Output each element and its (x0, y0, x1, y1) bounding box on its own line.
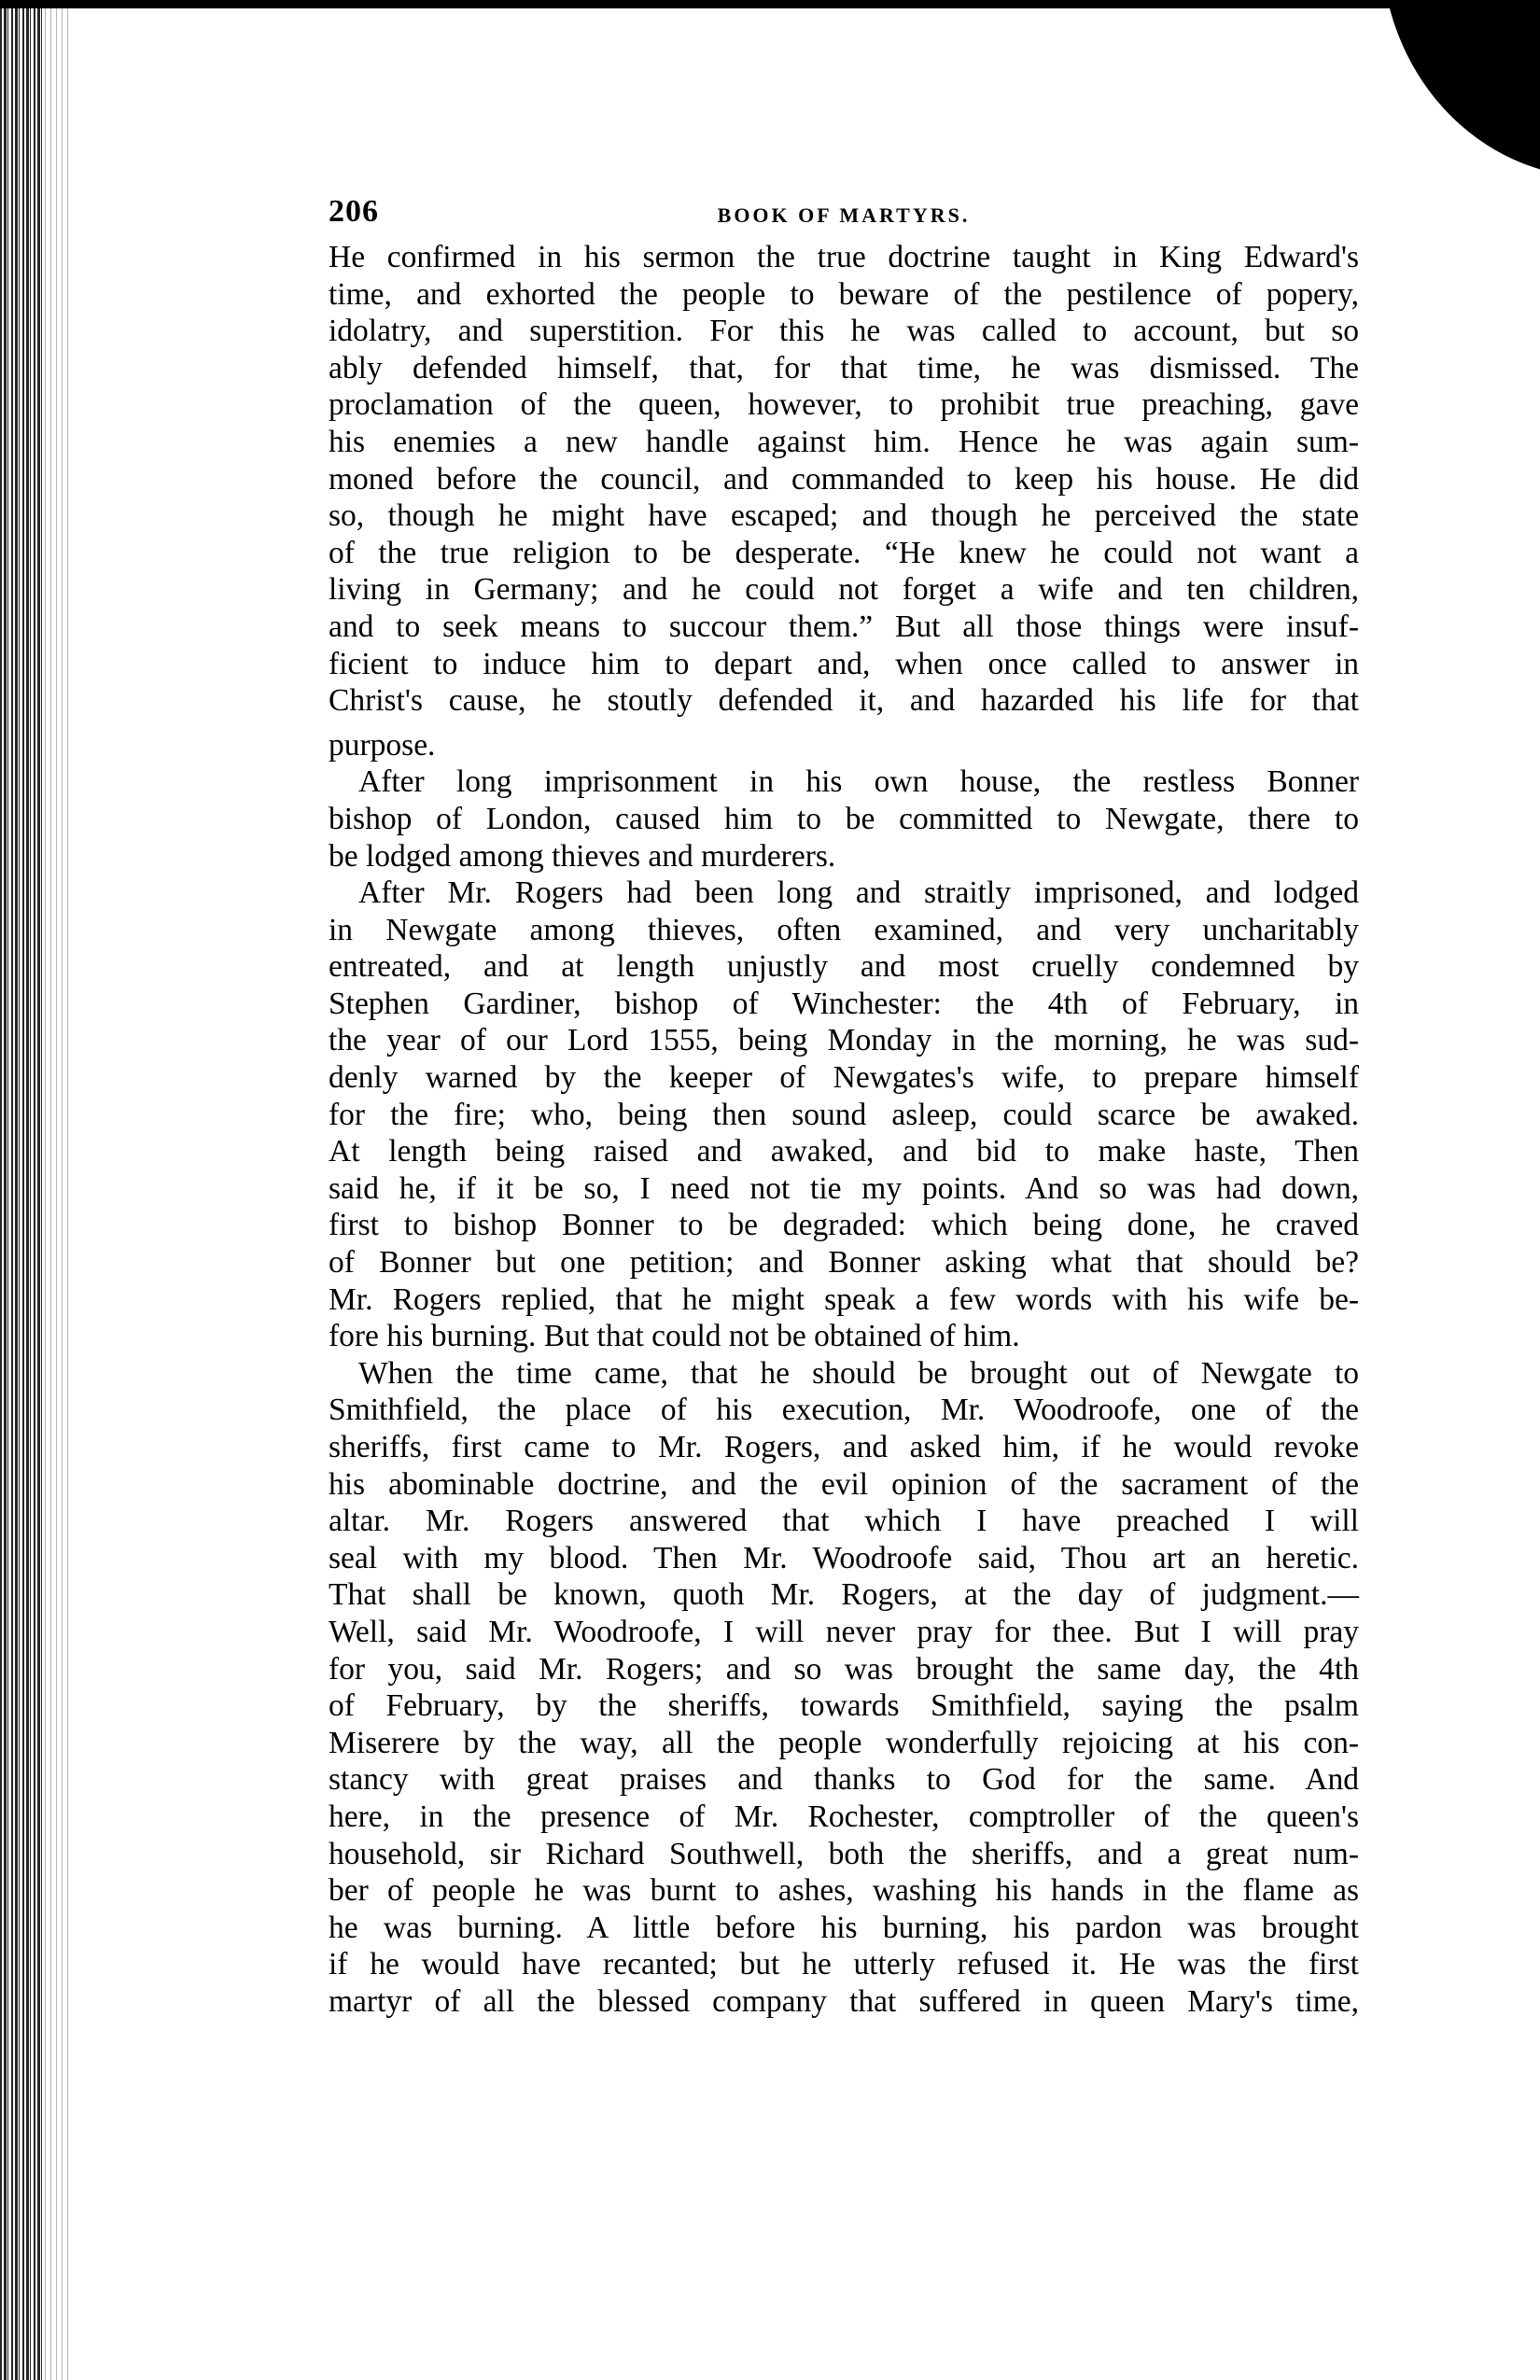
body-text: He confirmed in his sermon the true doct… (329, 239, 1359, 2021)
text-line: seal with my blood. Then Mr. Woodroofe s… (329, 1540, 1359, 1577)
text-line: said he, if it be so, I need not tie my … (329, 1170, 1359, 1208)
paragraph: After Mr. Rogers had been long and strai… (329, 875, 1359, 1355)
text-line: for the fire; who, being then sound asle… (329, 1097, 1359, 1134)
text-line: stancy with great praises and thanks to … (329, 1761, 1359, 1799)
book-page: 206 BOOK OF MARTYRS. He confirmed in his… (329, 194, 1359, 2021)
text-line: Christ's cause, he stoutly defended it, … (329, 682, 1359, 720)
text-line: fore his burning. But that could not be … (329, 1318, 1359, 1355)
paragraph: When the time came, that he should be br… (329, 1355, 1359, 2021)
text-line: and to seek means to succour them.” But … (329, 609, 1359, 646)
running-head: 206 BOOK OF MARTYRS. (329, 194, 1359, 239)
text-line: martyr of all the blessed company that s… (329, 1983, 1359, 2021)
text-line: of February, by the sheriffs, towards Sm… (329, 1687, 1359, 1725)
text-line: idolatry, and superstition. For this he … (329, 313, 1359, 350)
text-line: At length being raised and awaked, and b… (329, 1133, 1359, 1170)
text-line: here, in the presence of Mr. Rochester, … (329, 1799, 1359, 1836)
text-line: Smithfield, the place of his execution, … (329, 1392, 1359, 1429)
text-line: sheriffs, first came to Mr. Rogers, and … (329, 1429, 1359, 1466)
paragraph: He confirmed in his sermon the true doct… (329, 239, 1359, 763)
text-line: in Newgate among thieves, often examined… (329, 912, 1359, 949)
text-line: so, though he might have escaped; and th… (329, 497, 1359, 535)
text-line: time, and exhorted the people to beware … (329, 276, 1359, 314)
text-line: be lodged among thieves and murderers. (329, 838, 1359, 875)
text-line: first to bishop Bonner to be degraded: w… (329, 1207, 1359, 1244)
text-line: bishop of London, caused him to be commi… (329, 801, 1359, 838)
text-line: of Bonner but one petition; and Bonner a… (329, 1244, 1359, 1281)
text-line: moned before the council, and commanded … (329, 461, 1359, 498)
text-line: After long imprisonment in his own house… (329, 763, 1359, 801)
paragraph: After long imprisonment in his own house… (329, 763, 1359, 875)
text-line: he was burning. A little before his burn… (329, 1910, 1359, 1947)
text-line: Well, said Mr. Woodroofe, I will never p… (329, 1614, 1359, 1651)
text-line: ably defended himself, that, for that ti… (329, 350, 1359, 387)
text-line: if he would have recanted; but he utterl… (329, 1946, 1359, 1983)
text-line: living in Germany; and he could not forg… (329, 571, 1359, 609)
text-line: his enemies a new handle against him. He… (329, 424, 1359, 461)
text-line: Mr. Rogers replied, that he might speak … (329, 1281, 1359, 1319)
text-line: the year of our Lord 1555, being Monday … (329, 1022, 1359, 1059)
text-line: When the time came, that he should be br… (329, 1355, 1359, 1393)
text-line: entreated, and at length unjustly and mo… (329, 948, 1359, 986)
text-line: denly warned by the keeper of Newgates's… (329, 1059, 1359, 1097)
text-line: household, sir Richard Southwell, both t… (329, 1836, 1359, 1873)
text-line: altar. Mr. Rogers answered that which I … (329, 1503, 1359, 1540)
text-line: for you, said Mr. Rogers; and so was bro… (329, 1651, 1359, 1688)
scan-top-edge (0, 0, 1540, 8)
text-line: Miserere by the way, all the people wond… (329, 1725, 1359, 1762)
scan-corner-shadow (1381, 0, 1540, 177)
book-binding-edge (0, 8, 45, 2380)
text-line: After Mr. Rogers had been long and strai… (329, 875, 1359, 912)
text-line: his abominable doctrine, and the evil op… (329, 1466, 1359, 1504)
text-line: Stephen Gardiner, bishop of Winchester: … (329, 986, 1359, 1023)
text-line: proclamation of the queen, however, to p… (329, 386, 1359, 424)
text-line: That shall be known, quoth Mr. Rogers, a… (329, 1576, 1359, 1614)
text-line: of the true religion to be desperate. “H… (329, 535, 1359, 572)
book-binding-fade (45, 8, 73, 2380)
text-line: He confirmed in his sermon the true doct… (329, 239, 1359, 276)
text-line: ber of people he was burnt to ashes, was… (329, 1872, 1359, 1910)
running-title: BOOK OF MARTYRS. (329, 203, 1359, 228)
text-line: ficient to induce him to depart and, whe… (329, 646, 1359, 683)
text-line: purpose. (329, 727, 1359, 764)
